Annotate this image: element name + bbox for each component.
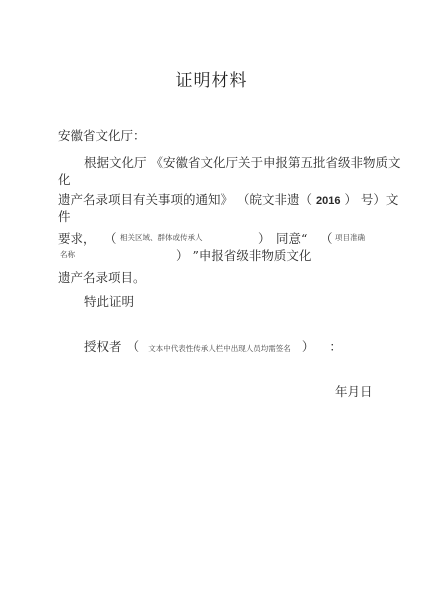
para1-line1-wrap: 化 xyxy=(58,170,71,188)
date-line: 年月日 xyxy=(335,382,373,400)
authorizer-label: 授权者 xyxy=(84,339,122,354)
authorizer-paren-open: （ xyxy=(127,339,140,354)
salutation: 安徽省文化厅： xyxy=(58,126,146,144)
authorizer-paren-close: ） xyxy=(302,339,315,354)
region-placeholder-note: 相关区域、群体或传承人 xyxy=(120,232,203,243)
para1-line1: 根据文化厅 《安徽省文化厅关于申报第五批省级非物质文 xyxy=(84,153,400,171)
paren-open-2: （ xyxy=(320,229,333,247)
para1-line3-a: 要求， xyxy=(58,229,96,247)
year-number: 2016 xyxy=(316,195,340,207)
project-name-note: 项目准确 xyxy=(335,232,365,243)
closing-statement: 特此证明 xyxy=(84,292,134,310)
project-name-note-wrap: 名称 xyxy=(60,249,75,260)
document-title: 证明材料 xyxy=(0,66,423,91)
para1-line2-b: ） 号）文 xyxy=(344,192,398,207)
authorizer-colon: ： xyxy=(329,339,342,354)
para1-line4-rest: ） ”申报省级非物质文化 xyxy=(176,246,311,264)
para1-line2-a: 遗产名录项目有关事项的通知》 （皖文非遗（ xyxy=(58,192,312,207)
authorizer-note: 文本中代表性传承人栏中出现人员均需签名 xyxy=(148,344,291,353)
paren-open-1: （ xyxy=(104,229,117,247)
para1-line5: 遗产名录项目。 xyxy=(58,268,146,286)
para1-line2: 遗产名录项目有关事项的通知》 （皖文非遗（ 2016 ） 号）文 xyxy=(58,190,398,208)
paren-close-1: ） xyxy=(258,229,271,247)
authorizer-line: 授权者 （ 文本中代表性传承人栏中出现人员均需签名 ） ： xyxy=(84,336,342,355)
para1-line2-wrap: 件 xyxy=(58,207,71,225)
agree-text: 同意“ xyxy=(276,229,307,247)
